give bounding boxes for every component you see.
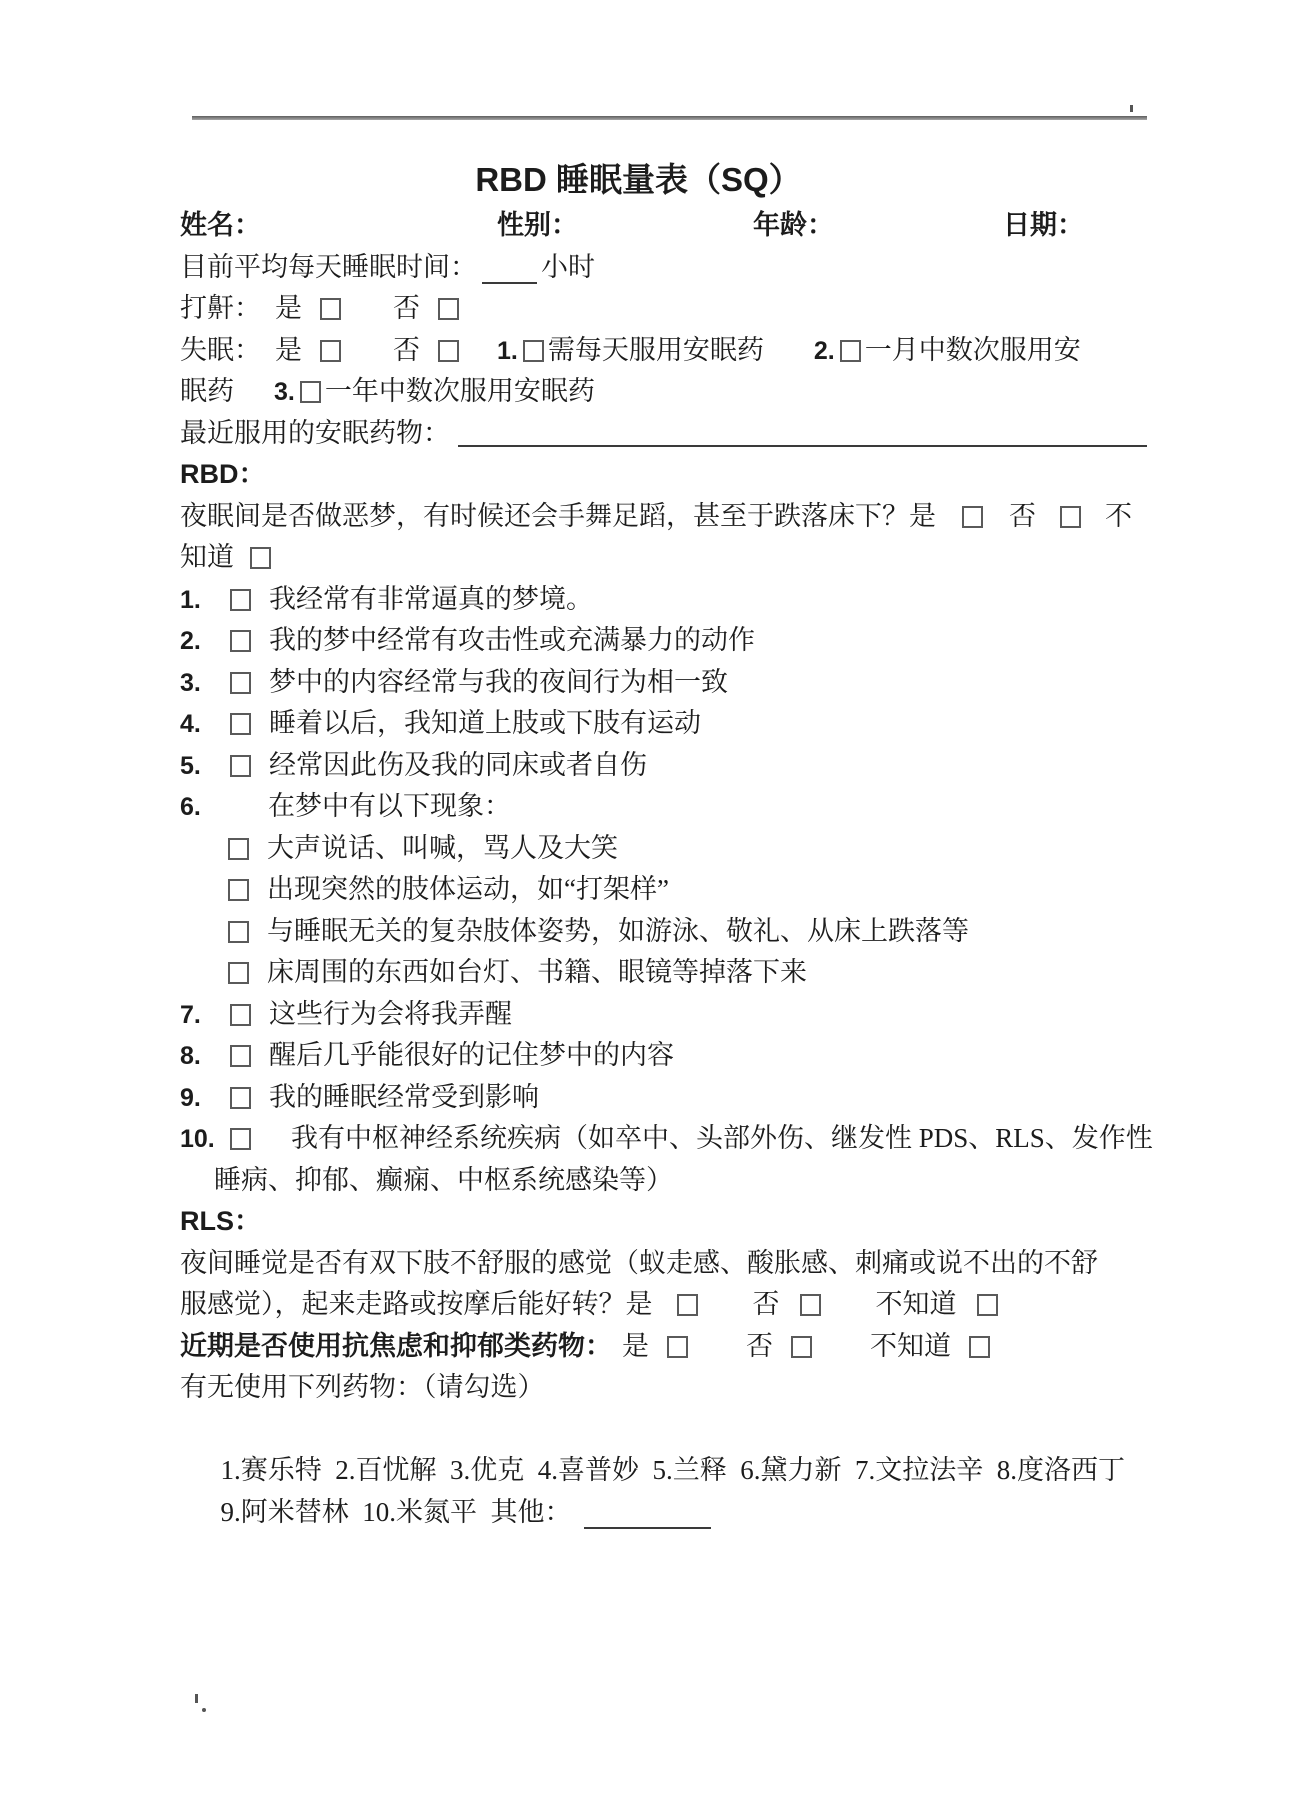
med-list-items-9-10: 9.阿米替林 10.米氮平 其他：	[221, 1497, 572, 1527]
rbd-section-heading: RBD：	[180, 454, 1147, 496]
name-label: 姓名：	[180, 205, 497, 247]
insomnia-option1-number: 1.	[497, 337, 518, 365]
rbd-intro-no-checkbox[interactable]	[1060, 506, 1081, 528]
item-number: 6.	[180, 787, 230, 829]
sub-item-1-checkbox[interactable]	[228, 838, 249, 860]
sub-item-text: 与睡眠无关的复杂肢体姿势，如游泳、敬礼、从床上跌落等	[267, 916, 969, 946]
insomnia-option2-number: 2.	[814, 337, 835, 365]
recent-medication-row: 最近服用的安眠药物：	[180, 413, 1147, 455]
med-list-items-1-8: 1.赛乐特 2.百忧解 3.优克 4.喜普妙 5.兰释 6.黛力新 7.文拉法辛…	[221, 1455, 1126, 1485]
rbd-item-5: 5.经常因此伤及我的同床或者自伤	[180, 745, 1147, 787]
item-8-checkbox[interactable]	[230, 1045, 251, 1067]
rbd-item-6-sub-2: 出现突然的肢体运动，如“打架样”	[180, 869, 1147, 911]
item-1-checkbox[interactable]	[230, 589, 251, 611]
snore-no-checkbox[interactable]	[438, 298, 459, 320]
item-4-checkbox[interactable]	[230, 713, 251, 735]
rbd-item-1: 1.我经常有非常逼真的梦境。	[180, 579, 1147, 621]
med-other-blank[interactable]	[584, 1497, 711, 1529]
date-label: 日期：	[1003, 205, 1084, 247]
rbd-item-9: 9.我的睡眠经常受到影响	[180, 1077, 1147, 1119]
insomnia-option3-label: 一年中数次服用安眠药	[325, 376, 595, 406]
insomnia-row-wrap: 眠药3.一年中数次服用安眠药	[180, 371, 1147, 413]
rls-yes-checkbox[interactable]	[677, 1294, 698, 1316]
sleep-time-unit: 小时	[541, 252, 595, 282]
rls-dontknow-checkbox[interactable]	[977, 1294, 998, 1316]
item-text: 醒后几乎能很好的记住梦中的内容	[269, 1040, 674, 1070]
item-text: 我有中枢神经系统疾病（如卒中、头部外伤、继发性 PDS、RLS、发作性	[291, 1123, 1153, 1153]
item-number: 4.	[180, 704, 230, 746]
insomnia-option2-label: 一月中数次服用安	[865, 335, 1081, 365]
item-text: 这些行为会将我弄醒	[269, 999, 512, 1029]
rbd-intro-line1: 夜眠间是否做恶梦，有时候还会手舞足蹈，甚至于跌落床下？是否不	[180, 496, 1147, 538]
anxiety-label: 近期是否使用抗焦虑和抑郁类药物：	[180, 1331, 612, 1361]
item-number: 10.	[180, 1119, 230, 1161]
med-list-label: 有无使用下列药物：（请勾选）	[180, 1372, 545, 1402]
page-artifact	[1130, 105, 1133, 112]
item-text: 我经常有非常逼真的梦境。	[269, 584, 593, 614]
recent-medication-label: 最近服用的安眠药物：	[180, 413, 450, 455]
anxiety-no-checkbox[interactable]	[791, 1336, 812, 1358]
insomnia-label: 失眠：	[180, 335, 261, 365]
page-title: RBD 睡眠量表（SQ）	[180, 155, 1147, 205]
rbd-intro-dontknow-part1: 不	[1105, 501, 1132, 531]
rbd-intro-line2: 知道	[180, 537, 1147, 579]
sleep-time-row: 目前平均每天睡眠时间：小时	[180, 247, 1147, 289]
sub-item-text: 出现突然的肢体运动，如“打架样”	[267, 874, 669, 904]
insomnia-option2-checkbox[interactable]	[840, 340, 861, 362]
item-5-checkbox[interactable]	[230, 755, 251, 777]
item-text: 梦中的内容经常与我的夜间行为相一致	[269, 667, 728, 697]
insomnia-option2-label-wrap: 眠药	[180, 376, 234, 406]
rls-no-checkbox[interactable]	[800, 1294, 821, 1316]
anxiety-dontknow-checkbox[interactable]	[969, 1336, 990, 1358]
rbd-item-2: 2.我的梦中经常有攻击性或充满暴力的动作	[180, 620, 1147, 662]
med-list-label-row: 有无使用下列药物：（请勾选）	[180, 1367, 1147, 1409]
rbd-intro-no-label: 否	[1009, 501, 1036, 531]
anxiety-row: 近期是否使用抗焦虑和抑郁类药物：是否不知道	[180, 1326, 1147, 1368]
rls-section-heading: RLS：	[180, 1201, 1147, 1243]
item-3-checkbox[interactable]	[230, 672, 251, 694]
item-number: 2.	[180, 621, 230, 663]
item-text-wrap: 睡病、抑郁、癫痫、中枢系统感染等）	[214, 1165, 673, 1195]
rbd-item-3: 3.梦中的内容经常与我的夜间行为相一致	[180, 662, 1147, 704]
item-number: 1.	[180, 580, 230, 622]
snore-no-label: 否	[393, 293, 420, 323]
snore-yes-label: 是	[275, 293, 302, 323]
item-number: 8.	[180, 1036, 230, 1078]
item-number: 9.	[180, 1078, 230, 1120]
sleep-time-label: 目前平均每天睡眠时间：	[180, 252, 477, 282]
insomnia-no-label: 否	[393, 335, 420, 365]
snore-row: 打鼾：是否	[180, 288, 1147, 330]
rbd-item-8: 8.醒后几乎能很好的记住梦中的内容	[180, 1035, 1147, 1077]
rls-no-label: 否	[753, 1289, 780, 1319]
insomnia-option3-number: 3.	[274, 378, 295, 406]
item-text: 在梦中有以下现象：	[268, 791, 511, 821]
rbd-item-6: 6.在梦中有以下现象：	[180, 786, 1147, 828]
anxiety-yes-label: 是	[622, 1331, 649, 1361]
item-text: 我的睡眠经常受到影响	[269, 1082, 539, 1112]
sub-item-3-checkbox[interactable]	[228, 921, 249, 943]
age-label: 年龄：	[753, 205, 1003, 247]
insomnia-no-checkbox[interactable]	[438, 340, 459, 362]
rls-dontknow-label: 不知道	[876, 1289, 957, 1319]
item-number: 3.	[180, 663, 230, 705]
item-text: 我的梦中经常有攻击性或充满暴力的动作	[269, 625, 755, 655]
rbd-item-10-wrap: 睡病、抑郁、癫痫、中枢系统感染等）	[180, 1160, 1147, 1202]
rbd-item-4: 4.睡着以后，我知道上肢或下肢有运动	[180, 703, 1147, 745]
insomnia-yes-label: 是	[275, 335, 302, 365]
med-list-line1: 1.赛乐特 2.百忧解 3.优克 4.喜普妙 5.兰释 6.黛力新 7.文拉法辛…	[180, 1409, 1147, 1451]
header-divider	[192, 116, 1147, 120]
item-number: 5.	[180, 746, 230, 788]
gender-label: 性别：	[497, 205, 753, 247]
insomnia-row: 失眠：是否1.需每天服用安眠药2.一月中数次服用安	[180, 330, 1147, 372]
item-7-checkbox[interactable]	[230, 1004, 251, 1026]
rls-intro-line1: 夜间睡觉是否有双下肢不舒服的感觉（蚁走感、酸胀感、刺痛或说不出的不舒	[180, 1243, 1147, 1285]
snore-label: 打鼾：	[180, 293, 261, 323]
document-page: RBD 睡眠量表（SQ） 姓名： 性别： 年龄： 日期： 目前平均每天睡眠时间：…	[0, 0, 1290, 1816]
insomnia-option3-checkbox[interactable]	[300, 381, 321, 403]
insomnia-option1-label: 需每天服用安眠药	[548, 335, 764, 365]
anxiety-yes-checkbox[interactable]	[667, 1336, 688, 1358]
rls-intro-line2: 服感觉），起来走路或按摩后能好转？是否不知道	[180, 1284, 1147, 1326]
page-artifact	[202, 1708, 206, 1712]
rbd-intro-yes-checkbox[interactable]	[962, 506, 983, 528]
rbd-intro-dontknow-part2: 知道	[180, 542, 234, 572]
item-9-checkbox[interactable]	[230, 1087, 251, 1109]
rbd-item-6-sub-1: 大声说话、叫喊，骂人及大笑	[180, 828, 1147, 870]
sleep-time-blank[interactable]	[482, 252, 537, 284]
rbd-intro-dontknow-checkbox[interactable]	[250, 547, 271, 569]
item-10-checkbox[interactable]	[230, 1128, 251, 1150]
sub-item-4-checkbox[interactable]	[228, 962, 249, 984]
page-artifact	[195, 1694, 198, 1703]
form-body: RBD 睡眠量表（SQ） 姓名： 性别： 年龄： 日期： 目前平均每天睡眠时间：…	[180, 155, 1147, 1492]
sub-item-text: 床周围的东西如台灯、书籍、眼镜等掉落下来	[267, 957, 807, 987]
sub-item-2-checkbox[interactable]	[228, 879, 249, 901]
snore-yes-checkbox[interactable]	[320, 298, 341, 320]
recent-medication-blank[interactable]	[458, 413, 1147, 448]
anxiety-no-label: 否	[746, 1331, 773, 1361]
patient-info-row: 姓名： 性别： 年龄： 日期：	[180, 205, 1147, 247]
rbd-item-6-sub-3: 与睡眠无关的复杂肢体姿势，如游泳、敬礼、从床上跌落等	[180, 911, 1147, 953]
rbd-item-7: 7.这些行为会将我弄醒	[180, 994, 1147, 1036]
rls-intro-text2: 服感觉），起来走路或按摩后能好转？是	[180, 1289, 653, 1319]
rbd-item-10: 10.我有中枢神经系统疾病（如卒中、头部外伤、继发性 PDS、RLS、发作性	[180, 1118, 1147, 1160]
item-text: 经常因此伤及我的同床或者自伤	[269, 750, 647, 780]
insomnia-option1-checkbox[interactable]	[523, 340, 544, 362]
rbd-intro-question: 夜眠间是否做恶梦，有时候还会手舞足蹈，甚至于跌落床下？是	[180, 501, 936, 531]
rls-intro-text1: 夜间睡觉是否有双下肢不舒服的感觉（蚁走感、酸胀感、刺痛或说不出的不舒	[180, 1248, 1098, 1278]
item-2-checkbox[interactable]	[230, 630, 251, 652]
item-number: 7.	[180, 995, 230, 1037]
anxiety-dontknow-label: 不知道	[870, 1331, 951, 1361]
insomnia-yes-checkbox[interactable]	[320, 340, 341, 362]
sub-item-text: 大声说话、叫喊，骂人及大笑	[267, 833, 618, 863]
item-text: 睡着以后，我知道上肢或下肢有运动	[269, 708, 701, 738]
rbd-item-6-sub-4: 床周围的东西如台灯、书籍、眼镜等掉落下来	[180, 952, 1147, 994]
